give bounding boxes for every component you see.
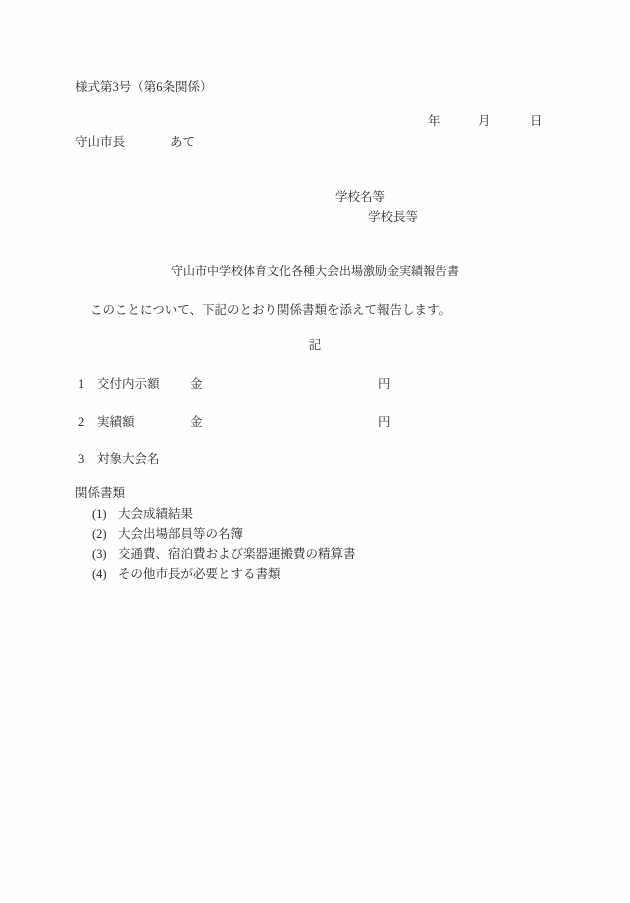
report-form-page: 様式第3号（第6条関係） 年 月 日 守山市長 あて 学校名等 学校長等 守山市…: [0, 0, 630, 903]
attachment-text: 大会出場部員等の名簿: [118, 527, 243, 543]
attachment-number: (4): [92, 567, 107, 583]
item-number: 1: [78, 377, 84, 393]
date-month-label: 月: [478, 114, 491, 130]
currency-unit: 円: [378, 377, 391, 393]
attachment-number: (3): [92, 547, 107, 563]
date-day-label: 日: [530, 114, 543, 130]
currency-prefix: 金: [190, 377, 203, 393]
currency-unit: 円: [378, 415, 391, 431]
body-sentence: このことについて、下記のとおり関係書類を添えて報告します。: [90, 303, 451, 319]
sender-school-name: 学校名等: [335, 190, 385, 206]
form-number: 様式第3号（第6条関係）: [75, 80, 213, 96]
item-label: 交付内示額: [97, 377, 160, 393]
attachments-heading: 関係書類: [75, 486, 125, 502]
document-title: 守山市中学校体育文化各種大会出場激励金実績報告書: [0, 264, 630, 279]
addressee-name: 守山市長: [75, 135, 125, 151]
addressee-suffix: あて: [170, 135, 195, 151]
record-marker: 記: [0, 338, 630, 354]
attachment-text: その他市長が必要とする書類: [118, 567, 281, 583]
item-label: 実績額: [97, 415, 135, 431]
sender-school-head: 学校長等: [368, 210, 418, 226]
item-number: 3: [78, 452, 84, 468]
item-number: 2: [78, 415, 84, 431]
date-year-label: 年: [428, 114, 441, 130]
attachment-number: (2): [92, 527, 107, 543]
item-label: 対象大会名: [97, 452, 160, 468]
attachment-text: 交通費、宿泊費および楽器運搬費の精算書: [118, 547, 356, 563]
attachment-text: 大会成績結果: [118, 507, 193, 523]
currency-prefix: 金: [190, 415, 203, 431]
attachment-number: (1): [92, 507, 107, 523]
